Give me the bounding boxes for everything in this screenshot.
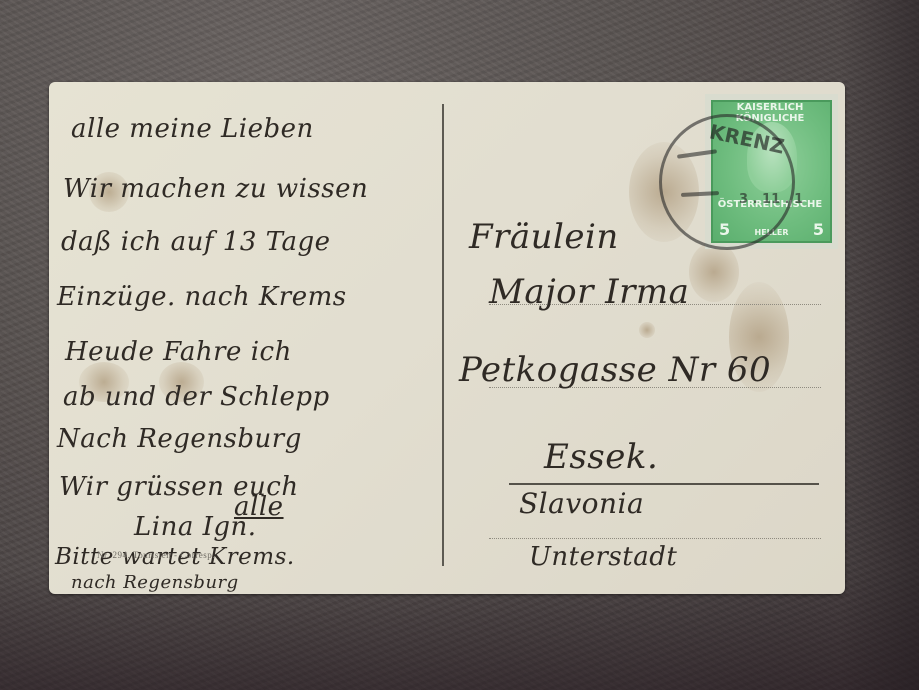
stain (639, 322, 655, 338)
address-street: Petkogasse Nr 60 (459, 350, 771, 390)
address-rule (489, 538, 821, 539)
postmark-date: 3 . 11 . 1 (739, 192, 803, 207)
message-line: daß ich auf 13 Tage (61, 227, 331, 257)
message-line: Nach Regensburg (57, 424, 302, 454)
message-signature: Lina Ign. (134, 512, 257, 542)
leather-shadow-right (839, 0, 919, 690)
address-district: Unterstadt (529, 542, 677, 572)
address-city: Essek. (544, 437, 658, 477)
stamp-value-right: 5 (813, 220, 824, 239)
message-line: Heude Fahre ich (65, 337, 292, 367)
message-line: nach Regensburg (71, 572, 239, 593)
printed-imprint: Nr. 294. Touristen - Corresp. (97, 550, 215, 560)
message-line: Einzüge. nach Krems (57, 282, 347, 312)
address-rule-underline (509, 483, 819, 485)
message-line: Wir machen zu wissen (63, 174, 368, 204)
card-divider (442, 104, 444, 566)
postcard: alle meine Lieben Wir machen zu wissen d… (49, 82, 845, 594)
message-line: alle meine Lieben (71, 114, 314, 144)
address-region: Slavonia (519, 487, 644, 520)
address-name: Major Irma (489, 272, 689, 312)
stain (689, 242, 739, 302)
message-line: ab und der Schlepp (63, 382, 330, 412)
address-salutation: Fräulein (469, 217, 619, 257)
